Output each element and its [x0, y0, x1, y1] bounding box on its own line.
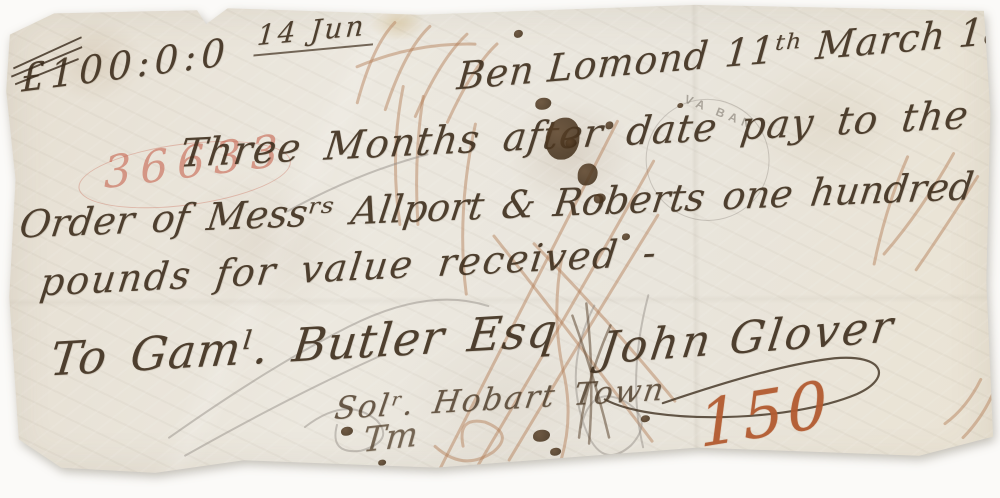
drawee-initials: Tm	[361, 414, 420, 461]
bill-paper: VA BAN 14 Jun £100:0:0 Ben Lomond11ᵗʰ Ma…	[5, 1, 993, 474]
paper-shadow-wrap: VA BAN 14 Jun £100:0:0 Ben Lomond11ᵗʰ Ma…	[0, 0, 1000, 498]
photo-background: VA BAN 14 Jun £100:0:0 Ben Lomond11ᵗʰ Ma…	[0, 0, 1000, 498]
